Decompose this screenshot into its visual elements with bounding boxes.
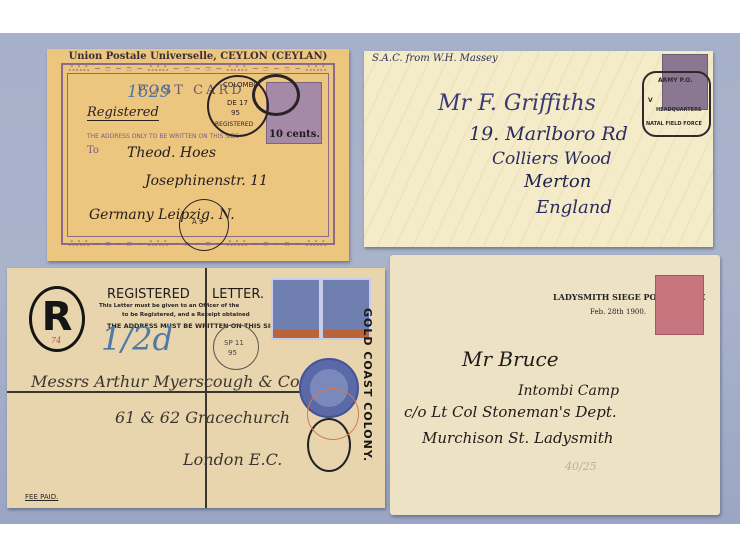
- red-registered-postmark: [307, 388, 359, 440]
- gold-coast-postmark: SP 11 95: [213, 324, 259, 370]
- gold-coast-registered-envelope: R REGISTERED LETTER. This Letter must be…: [7, 268, 385, 508]
- address-line-4: Murchison St. Ladysmith: [422, 429, 613, 447]
- to-label: To: [87, 145, 99, 156]
- address-line-3: Colliers Wood: [492, 149, 612, 169]
- address-line-1: Mr F. Griffiths: [438, 91, 596, 116]
- registered-title: REGISTERED: [107, 287, 190, 302]
- ceylon-postcard: Union Postale Universelle, CEYLON (CEYLA…: [47, 49, 349, 261]
- griffiths-envelope: S.A.C. from W.H. Massey ARMY P.O. V HEAD…: [364, 51, 713, 247]
- pencil-note: 40/25: [565, 460, 597, 473]
- address-note: THE ADDRESS ONLY TO BE WRITTEN ON THIS S…: [87, 133, 239, 140]
- arrival-postmark: A 9: [179, 199, 229, 251]
- address-line-2: Josephinenstr. 11: [145, 173, 268, 189]
- address-line-4: Merton: [524, 171, 591, 192]
- fee-paid-label: FEE PAID.: [25, 493, 58, 501]
- address-line-1: Theod. Hoes: [127, 145, 216, 161]
- address-line-2: 19. Marlboro Rd: [469, 123, 628, 145]
- red-note: 74: [51, 336, 61, 345]
- letter-title: LETTER.: [212, 287, 264, 302]
- blue-registration-number: 1629: [127, 82, 170, 102]
- address-line-2: Intombi Camp: [518, 383, 619, 399]
- address-line-1: Mr Bruce: [462, 347, 559, 371]
- address-line-2: 61 & 62 Gracechurch: [115, 408, 290, 427]
- instruction-line-2: to be Registered, and a Receipt obtained: [122, 312, 250, 318]
- address-line-5: England: [536, 197, 612, 218]
- registered-note: Registered: [87, 105, 159, 121]
- registration-cross-horizontal: [7, 391, 307, 393]
- address-line-3: c/o Lt Col Stoneman's Dept.: [404, 403, 617, 421]
- gold-coast-colony-side-text: GOLD COAST COLONY.: [361, 308, 374, 462]
- stamp-surcharge: 10 cents.: [269, 129, 320, 140]
- stamp-1: [271, 278, 321, 340]
- tamil-border-text: ஃஃஃ ~ ෆ ~ ෆ ~ ஃஃஃ ~ ෆ ~ ෆ ~ ஃஃஃ ~ ෆ ~ ෆ …: [67, 64, 329, 74]
- barred-cancel: [252, 74, 300, 116]
- army-po-postmark: ARMY P.O. V HEADQUARTERS NATAL FIELD FOR…: [642, 71, 711, 137]
- stamp: [655, 275, 704, 335]
- blue-note: 1/2d: [101, 320, 173, 358]
- instruction-line-1: This Letter must be given to an Officer …: [99, 303, 239, 309]
- address-line-1: Messrs Arthur Myerscough & Co: [31, 372, 300, 391]
- siege-date: Feb. 28th 1900.: [590, 308, 646, 316]
- address-line-3: London E.C.: [183, 450, 282, 469]
- top-note: S.A.C. from W.H. Massey: [372, 53, 498, 64]
- ladysmith-siege-envelope: LADYSMITH SIEGE POST OFFICE Feb. 28th 19…: [390, 255, 720, 515]
- card-header: Union Postale Universelle, CEYLON (CEYLA…: [47, 51, 349, 62]
